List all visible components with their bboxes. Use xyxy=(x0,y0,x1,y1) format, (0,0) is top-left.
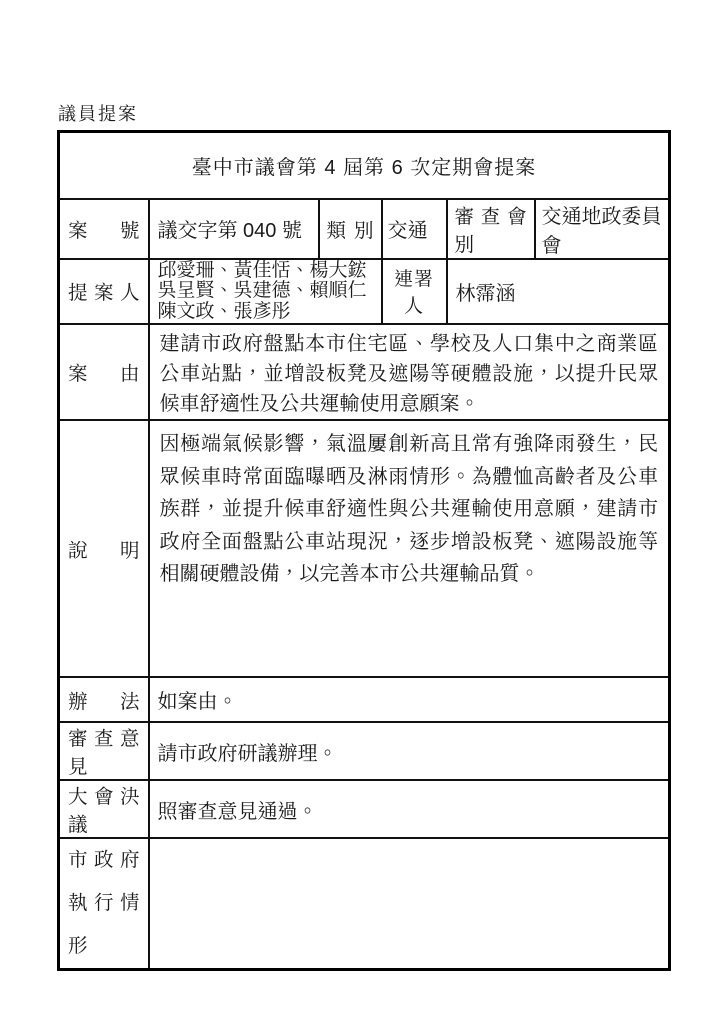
explanation-row: 說明 因極端氣候影響，氣溫屢創新高且常有強降雨發生，民眾候車時常面臨曝晒及淋雨情… xyxy=(59,420,670,677)
review-opinion-label: 審查意見 xyxy=(59,722,149,780)
execution-status-row: 市政府 執行情形 xyxy=(59,838,670,970)
case-summary-value: 建請市政府盤點本市住宅區、學校及人口集中之商業區公車站點，並增設板凳及遮陽等硬體… xyxy=(149,324,670,420)
proposers-value: 邱愛珊、黃佳恬、楊大鋐 吳呈賢、吳建德、賴順仁 陳文政、張彥彤 xyxy=(149,259,382,325)
review-opinion-value: 請市政府研議辦理。 xyxy=(149,722,670,780)
explanation-value: 因極端氣候影響，氣溫屢創新高且常有強降雨發生，民眾候車時常面臨曝晒及淋雨情形。為… xyxy=(149,420,670,677)
assembly-resolution-row: 大會決議 照審查意見通過。 xyxy=(59,780,670,838)
review-opinion-row: 審查意見 請市政府研議辦理。 xyxy=(59,722,670,780)
title-row: 臺中市議會第 4 屆第 6 次定期會提案 xyxy=(59,132,670,199)
case-summary-row: 案由 建請市政府盤點本市住宅區、學校及人口集中之商業區公車站點，並增設板凳及遮陽… xyxy=(59,324,670,420)
table-title: 臺中市議會第 4 屆第 6 次定期會提案 xyxy=(59,132,670,199)
execution-status-value xyxy=(149,838,670,970)
case-summary-label: 案由 xyxy=(59,324,149,420)
proposers-row: 提案人 邱愛珊、黃佳恬、楊大鋐 吳呈賢、吳建德、賴順仁 陳文政、張彥彤 連署人 … xyxy=(59,259,670,325)
explanation-label: 說明 xyxy=(59,420,149,677)
method-value: 如案由。 xyxy=(149,677,670,722)
review-committee-value: 交通地政委員會 xyxy=(535,199,670,259)
document-page: 議員提案 臺中市議會第 4 屆第 6 次定期會提案 案號 議交字第 040 號 … xyxy=(0,0,724,1024)
assembly-resolution-value: 照審查意見通過。 xyxy=(149,780,670,838)
co-signer-label: 連署人 xyxy=(382,259,447,325)
review-committee-label: 審查會別 xyxy=(447,199,535,259)
proposers-label: 提案人 xyxy=(59,259,149,325)
doc-type-label: 議員提案 xyxy=(58,100,138,126)
assembly-resolution-label: 大會決議 xyxy=(59,780,149,838)
method-label: 辦法 xyxy=(59,677,149,722)
co-signer-value: 林霈涵 xyxy=(447,259,670,325)
category-value: 交通 xyxy=(382,199,447,259)
proposal-table: 臺中市議會第 4 屆第 6 次定期會提案 案號 議交字第 040 號 類別 交通… xyxy=(57,130,671,971)
case-number-label: 案號 xyxy=(59,199,149,259)
case-number-row: 案號 議交字第 040 號 類別 交通 審查會別 交通地政委員會 xyxy=(59,199,670,259)
execution-status-label: 市政府 執行情形 xyxy=(59,838,149,970)
category-label: 類別 xyxy=(319,199,382,259)
method-row: 辦法 如案由。 xyxy=(59,677,670,722)
case-number-value: 議交字第 040 號 xyxy=(149,199,319,259)
